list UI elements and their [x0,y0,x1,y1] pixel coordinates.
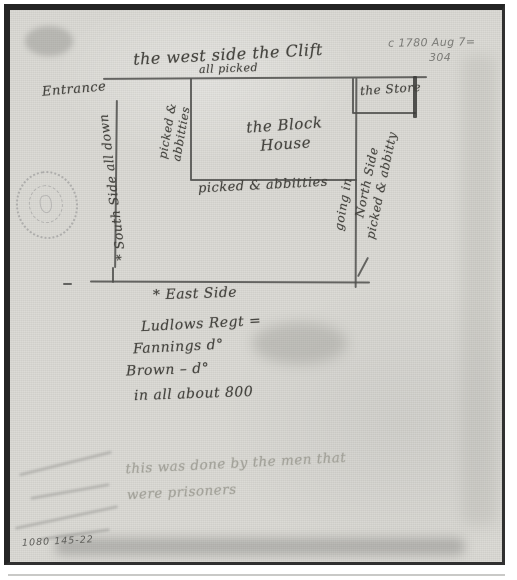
library-stamp-inner-ring [26,183,65,225]
store-bottom-line [352,112,416,114]
plan-bottom-left-dash [63,283,72,285]
library-stamp-emblem [39,194,53,213]
scanned-manuscript-page: the west side the Clift all picked Entra… [0,0,517,580]
store-left-line [352,78,354,113]
scan-edge-line [8,574,505,576]
date-annotation: c 1780 Aug 7= [388,35,476,50]
page-number-annotation: 304 [429,51,451,64]
plan-title-note: all picked [199,61,258,76]
east-side-label: * East Side [153,285,238,304]
blockhouse-label: the Block House [229,112,341,158]
garrison-line: Brown – d° [126,361,210,380]
